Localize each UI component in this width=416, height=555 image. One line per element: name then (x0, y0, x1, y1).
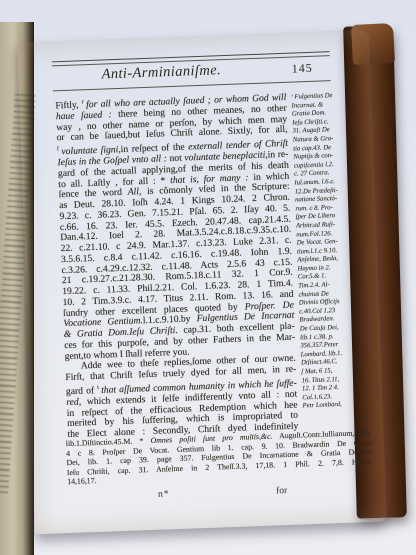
book-photo: Anti-Arminianiſme. 145 Fiftly, r for all… (0, 0, 416, 555)
running-header-title: Anti-Arminianiſme. (76, 61, 247, 84)
body-text: Fiftly, r for all who are actually ſaued… (55, 90, 298, 441)
catchword: for (262, 485, 302, 496)
margin-notes: ʳ Fulgentius DeIncarnat. &Gratia Dom.Ieſ… (291, 91, 373, 411)
book-page: Anti-Arminianiſme. 145 Fiftly, r for all… (17, 30, 387, 535)
page-number: 145 (280, 60, 325, 77)
footnotes: lib.1.Diſtinctio.45.M. * Omnes poſiti ſu… (66, 428, 374, 487)
margin-note-line: Petr Lombard, (302, 400, 372, 411)
signature-mark: n* (144, 489, 184, 500)
